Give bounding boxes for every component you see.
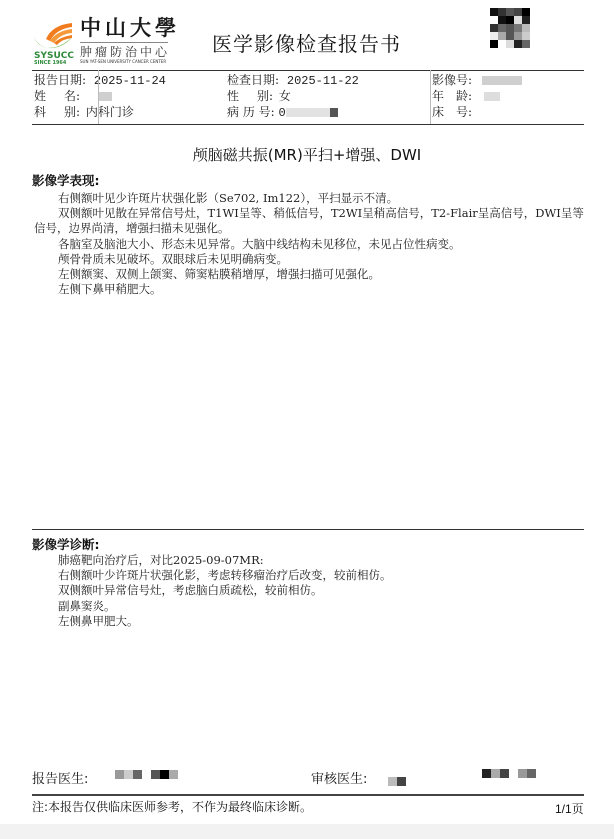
redacted-record-no <box>286 108 330 117</box>
bed-label-1: 床 <box>432 104 456 120</box>
redacted-review-doctor-signature <box>482 763 536 782</box>
dept-label-1: 科 <box>34 104 64 120</box>
redacted-age <box>484 92 500 101</box>
image-no-field: 影像号: <box>432 72 522 88</box>
dept-value: 内科门诊 <box>86 105 134 119</box>
diagnosis-line: 双侧额叶异常信号灶，考虑脑白质疏松，较前相仿。 <box>34 583 594 598</box>
column-divider <box>430 70 431 125</box>
name-field: 姓名: <box>34 88 112 104</box>
findings-line: 各脑室及脑池大小、形态未见异常。大脑中线结构未见移位，未见占位性病变。 <box>34 237 594 252</box>
diagnosis-line: 副鼻窦炎。 <box>34 599 594 614</box>
institution-name: 中山大學 肿瘤防治中心 SUN YAT-SEN UNIVERSITY CANCE… <box>80 16 180 65</box>
redacted-name <box>98 92 112 101</box>
findings-body: 右侧额叶见少许斑片状强化影（Se702, Im122），平扫显示不清。 双侧额叶… <box>34 191 594 297</box>
logo-emblem-icon: SYSUCC SINCE 1964 <box>30 17 78 65</box>
name-label-2: 名: <box>64 88 80 104</box>
record-no-value: 0 <box>279 106 286 120</box>
section-divider <box>32 529 584 530</box>
hospital-logo: SYSUCC SINCE 1964 <box>30 17 78 65</box>
findings-line: 左侧下鼻甲稍肥大。 <box>34 282 594 297</box>
exam-date-value: 2025-11-22 <box>287 74 359 88</box>
findings-line: 颅骨骨质未见破坏。双眼球后未见明确病变。 <box>34 252 594 267</box>
sex-label-2: 别: <box>257 88 273 104</box>
report-title: 医学影像检查报告书 <box>212 28 401 57</box>
patient-info: 报告日期: 2025-11-24 检查日期: 2025-11-22 影像号: 姓… <box>34 72 584 120</box>
redacted-review-doctor-name <box>388 771 406 790</box>
redacted-record-no-end <box>330 108 338 117</box>
disclaimer-note: 注:本报告仅供临床医师参考，不作为最终临床诊断。 <box>32 798 312 815</box>
record-no-label: 病 历 号: <box>227 104 275 120</box>
report-date-label: 报告日期: <box>34 72 86 88</box>
review-doctor-label: 审核医生: <box>311 768 367 787</box>
viewer-bottom-bar <box>0 824 614 839</box>
diagnosis-line: 右侧额叶少许斑片状强化影，考虑转移瘤治疗后改变，较前相仿。 <box>34 568 594 583</box>
dept-field: 科别: 内科门诊 <box>34 104 134 120</box>
redacted-qr-code <box>490 8 530 56</box>
diagnosis-line: 左侧鼻甲肥大。 <box>34 614 594 629</box>
bed-field: 床号: <box>432 104 472 120</box>
info-divider <box>32 124 584 125</box>
exam-name: 颅脑磁共振(MR)平扫+增强、DWI <box>0 144 614 165</box>
exam-date-field: 检查日期: 2025-11-22 <box>227 72 359 89</box>
report-date-field: 报告日期: 2025-11-24 <box>34 72 166 89</box>
page-number: 1/1页 <box>555 800 584 817</box>
header-divider <box>32 70 584 71</box>
report-date-value: 2025-11-24 <box>94 74 166 88</box>
svg-text:SINCE 1964: SINCE 1964 <box>34 60 67 65</box>
column-divider <box>98 70 99 125</box>
redacted-report-doctor-signature <box>115 764 178 783</box>
institution-name-en: SUN YAT-SEN UNIVERSITY CANCER CENTER <box>80 59 180 65</box>
findings-title: 影像学表现: <box>32 171 100 189</box>
diagnosis-title: 影像学诊断: <box>32 535 100 553</box>
bed-label-2: 号: <box>456 104 472 120</box>
name-label-1: 姓 <box>34 88 64 104</box>
diagnosis-line: 肺癌靶向治疗后，对比2025-09-07MR: <box>34 553 594 568</box>
age-label-2: 龄: <box>456 88 472 104</box>
footer-divider <box>32 794 584 796</box>
exam-date-label: 检查日期: <box>227 72 279 88</box>
sex-field: 性别: 女 <box>227 88 291 104</box>
redacted-image-no <box>482 76 522 85</box>
logo-divider <box>80 42 168 43</box>
image-no-label: 影像号: <box>432 72 472 88</box>
findings-line: 右侧额叶见少许斑片状强化影（Se702, Im122），平扫显示不清。 <box>34 191 594 206</box>
findings-line: 双侧额叶见散在异常信号灶，T1WI呈等、稍低信号，T2WI呈稍高信号，T2-Fl… <box>34 206 594 236</box>
sex-value: 女 <box>279 89 291 103</box>
institution-name-cn: 中山大學 <box>80 16 180 40</box>
dept-label-2: 别: <box>64 104 80 120</box>
report-doctor-label: 报告医生: <box>32 768 88 787</box>
record-no-field: 病 历 号: 0 <box>227 104 338 121</box>
sex-label-1: 性 <box>227 88 257 104</box>
findings-line: 左侧额窦、双侧上颌窦、筛窦粘膜稍增厚，增强扫描可见强化。 <box>34 267 594 282</box>
institution-subname-cn: 肿瘤防治中心 <box>80 45 180 59</box>
age-label-1: 年 <box>432 88 456 104</box>
diagnosis-body: 肺癌靶向治疗后，对比2025-09-07MR: 右侧额叶少许斑片状强化影，考虑转… <box>34 553 594 629</box>
age-field: 年龄: <box>432 88 500 104</box>
